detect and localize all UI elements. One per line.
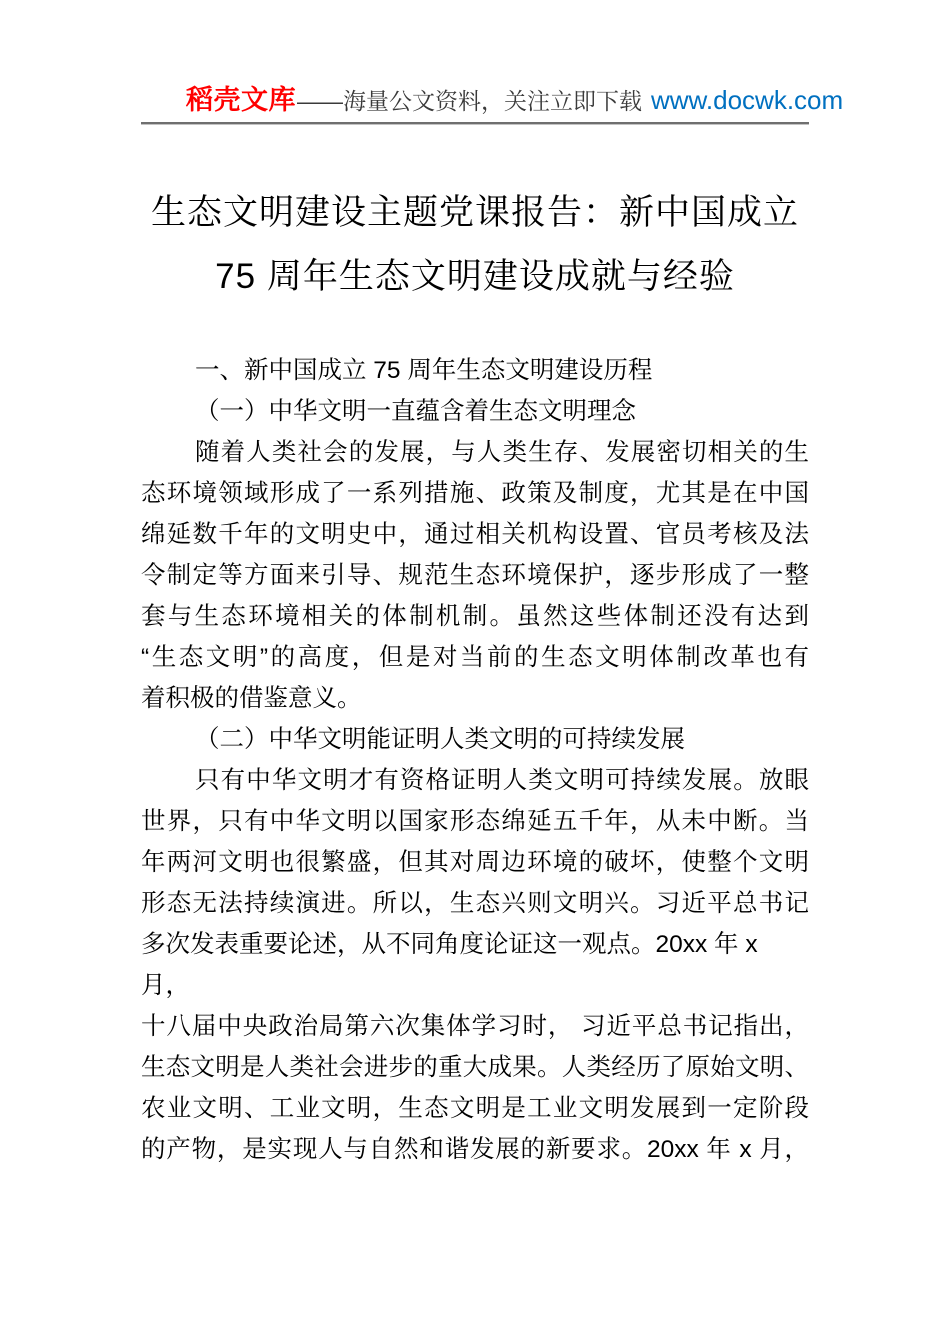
doc-line: 形态无法持续演进。所以，生态兴则文明兴。习近平总书记	[141, 883, 809, 924]
doc-line: 生态文明是人类社会进步的重大成果。人类经历了原始文明、	[141, 1047, 809, 1088]
doc-line: 着积极的借鉴意义。	[141, 678, 809, 719]
doc-line: 随着人类社会的发展，与人类生存、发展密切相关的生	[141, 432, 809, 473]
doc-line: 绵延数千年的文明史中，通过相关机构设置、官员考核及法	[141, 514, 809, 555]
doc-line: 月，	[141, 965, 809, 1006]
doc-line: 年两河文明也很繁盛，但其对周边环境的破坏，使整个文明	[141, 842, 809, 883]
logo-text: 稻壳文库	[186, 78, 296, 117]
doc-body: 一、新中国成立 75 周年生态文明建设历程 （一）中华文明一直蕴含着生态文明理念…	[141, 350, 809, 1170]
doc-title-line2: 75 周年生态文明建设成就与经验	[141, 245, 809, 309]
doc-line: 农业文明、工业文明，生态文明是工业文明发展到一定阶段	[141, 1088, 809, 1129]
doc-line: 的产物，是实现人与自然和谐发展的新要求。20xx 年 x 月，	[141, 1129, 809, 1170]
site-header: 稻壳文库 —— 海量公文资料，关注立即下载 www.docwk.com	[141, 78, 809, 117]
subsection-heading-1-1: （一）中华文明一直蕴含着生态文明理念	[141, 391, 809, 432]
doc-line: 令制定等方面来引导、规范生态环境保护，逐步形成了一整	[141, 555, 809, 596]
doc-line: 多次发表重要论述，从不同角度论证这一观点。20xx 年 x	[141, 924, 809, 965]
subsection-heading-1-2: （二）中华文明能证明人类文明的可持续发展	[141, 719, 809, 760]
header-divider	[141, 122, 809, 125]
doc-title: 生态文明建设主题党课报告：新中国成立 75 周年生态文明建设成就与经验	[141, 181, 809, 309]
doc-line: 世界，只有中华文明以国家形态绵延五千年，从未中断。当	[141, 801, 809, 842]
doc-title-line1: 生态文明建设主题党课报告：新中国成立	[141, 181, 809, 245]
document-page: 稻壳文库 —— 海量公文资料，关注立即下载 www.docwk.com 生态文明…	[0, 0, 950, 1344]
doc-line: 十八届中央政治局第六次集体学习时， 习近平总书记指出，	[141, 1006, 809, 1047]
doc-line: 只有中华文明才有资格证明人类文明可持续发展。放眼	[141, 760, 809, 801]
section-heading-1: 一、新中国成立 75 周年生态文明建设历程	[141, 350, 809, 391]
doc-line: 态环境领域形成了一系列措施、政策及制度，尤其是在中国	[141, 473, 809, 514]
doc-line: 套与生态环境相关的体制机制。虽然这些体制还没有达到	[141, 596, 809, 637]
site-url-link[interactable]: www.docwk.com	[651, 85, 843, 116]
header-dash: ——	[297, 88, 343, 115]
header-tagline: 海量公文资料，关注立即下载	[343, 83, 642, 116]
doc-line: “生态文明”的高度，但是对当前的生态文明体制改革也有	[141, 637, 809, 678]
